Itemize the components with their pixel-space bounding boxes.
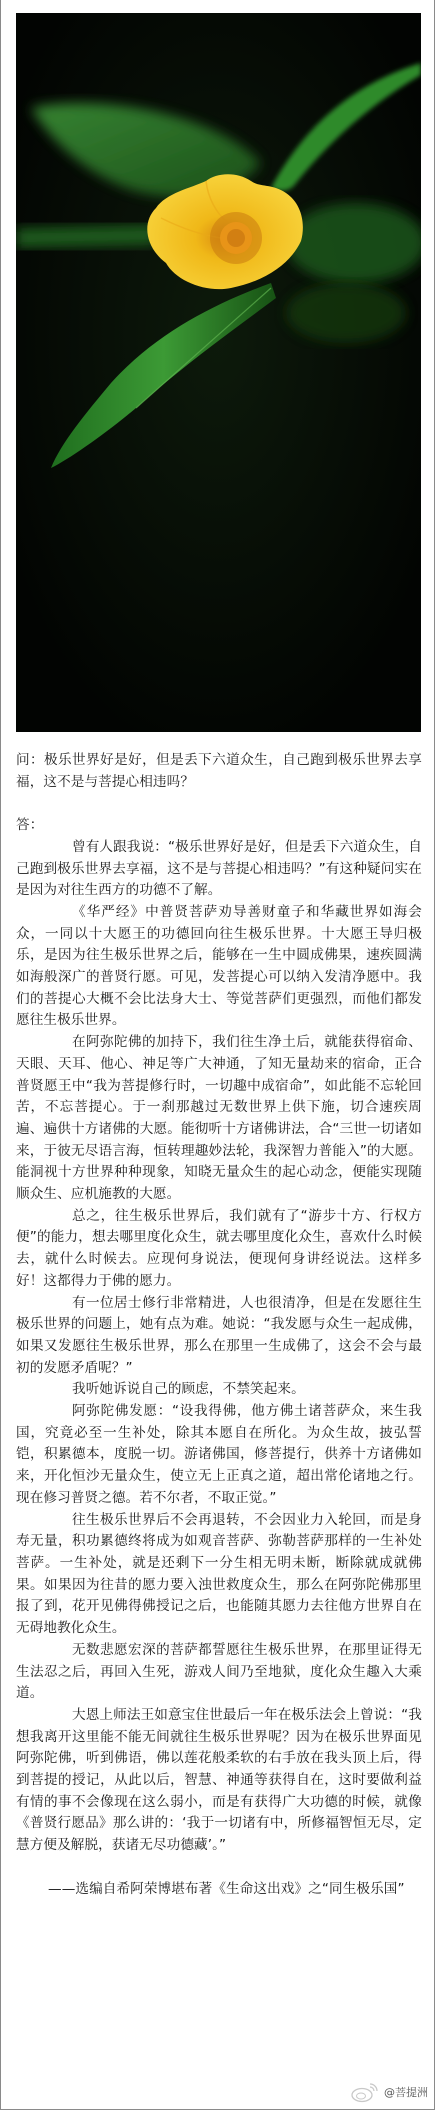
weibo-icon bbox=[350, 2081, 380, 2103]
question-text: 问：极乐世界好是好，但是丢下六道众生，自己跑到极乐世界去享福，这不是与菩提心相违… bbox=[16, 750, 422, 793]
page: 问：极乐世界好是好，但是丢下六道众生，自己跑到极乐世界去享福，这不是与菩提心相违… bbox=[0, 0, 435, 2110]
paragraph: 大恩上师法王如意宝住世最后一年在极乐法会上曾说：“我想我离开这里能不能无间就往生… bbox=[16, 1705, 422, 1857]
paragraph: 《华严经》中普贤菩萨劝导善财童子和华藏世界如海会众，一同以十大愿王的功德回向往生… bbox=[16, 902, 422, 1032]
paragraph: 往生极乐世界后不会再退转，不会因业力入轮回，而是身寿无量，积功累德终将成为如观音… bbox=[16, 1510, 422, 1640]
answer-label: 答： bbox=[16, 815, 422, 837]
source-attribution: ——选编自希阿荣博堪布著《生命这出戏》之“同生极乐国” bbox=[16, 1879, 422, 1901]
paragraph: 有一位居士修行非常精进，人也很清净，但是在发愿往生极乐世界的问题上，她有点为难。… bbox=[16, 1293, 422, 1380]
flower-photo bbox=[16, 13, 421, 732]
paragraph: 曾有人跟我说：“极乐世界好是好，但是丢下六道众生，自己跑到极乐世界去享福，这不是… bbox=[16, 837, 422, 902]
paragraph: 无数悲愿宏深的菩萨都誓愿往生极乐世界，在那里证得无生法忍之后，再回入生死，游戏人… bbox=[16, 1640, 422, 1705]
article-body: 问：极乐世界好是好，但是丢下六道众生，自己跑到极乐世界去享福，这不是与菩提心相违… bbox=[16, 750, 422, 1900]
weibo-handle: @菩提洲 bbox=[384, 2084, 428, 2100]
paragraph: 在阿弥陀佛的加持下，我们往生净土后，就能获得宿命、天眼、天耳、他心、神足等广大神… bbox=[16, 1032, 422, 1206]
weibo-watermark: @菩提洲 bbox=[350, 2081, 428, 2103]
paragraph: 总之，往生极乐世界后，我们就有了“游步十方、行权方便”的能力，想去哪里度化众生，… bbox=[16, 1206, 422, 1293]
flower-image-icon bbox=[16, 13, 421, 732]
paragraph: 阿弥陀佛发愿：“设我得佛，他方佛土诸菩萨众，来生我国，究竟必至一生补处，除其本愿… bbox=[16, 1401, 422, 1510]
paragraph: 我听她诉说自己的顾虑，不禁笑起来。 bbox=[16, 1379, 422, 1401]
